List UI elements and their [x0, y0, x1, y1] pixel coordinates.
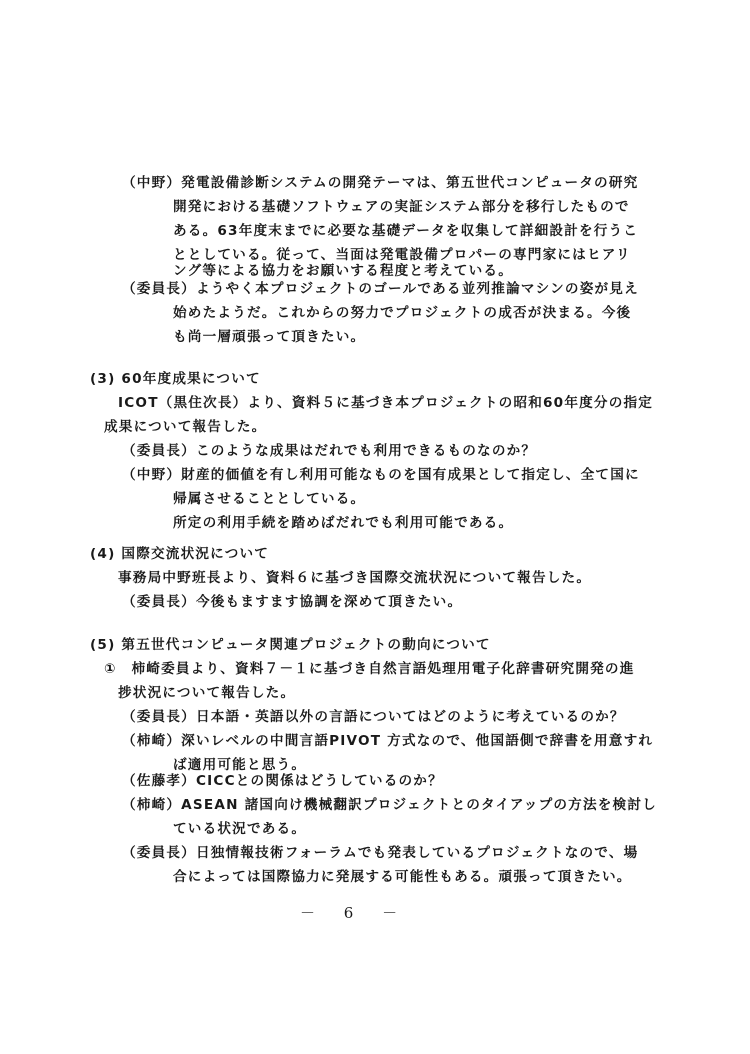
- section-heading-3: (3) 60年度成果について: [90, 370, 261, 388]
- text-line: ある。63年度末までに必要な基礎データを収集して詳細設計を行うこ: [173, 222, 638, 240]
- text-line: 捗状況について報告した。: [118, 684, 295, 702]
- text-line: 始めたようだ。これからの努力でプロジェクトの成否が決まる。今後: [173, 304, 631, 322]
- text-line: ている状況である。: [173, 820, 306, 838]
- text-line: （中野）発電設備診断システムの開発テーマは、第五世代コンピュータの研究: [122, 174, 638, 192]
- section-heading-5: (5) 第五世代コンピュータ関連プロジェクトの動向について: [90, 636, 491, 654]
- text-line: （委員長）今後もますます協調を深めて頂きたい。: [122, 593, 462, 611]
- document-page: （中野）発電設備診断システムの開発テーマは、第五世代コンピュータの研究 開発にお…: [0, 0, 750, 1054]
- text-line: （委員長）日独情報技術フォーラムでも発表しているプロジェクトなので、場: [122, 844, 638, 862]
- text-line: （中野）財産的価値を有し利用可能なものを国有成果として指定し、全て国に: [122, 466, 640, 484]
- text-line: ング等による協力をお願いする程度と考えている。: [173, 262, 513, 280]
- text-line: （委員長）このような成果はだれでも利用できるものなのか？: [122, 442, 536, 460]
- text-line: 所定の利用手続を踏めばだれでも利用可能である。: [173, 514, 513, 532]
- text-line: （柿崎）ASEAN 諸国向け機械翻訳プロジェクトとのタイアップの方法を検討し: [122, 796, 657, 814]
- text-line: ICOT（黒住次長）より、資料５に基づき本プロジェクトの昭和60年度分の指定: [118, 394, 653, 412]
- text-line: 開発における基礎ソフトウェアの実証システム部分を移行したもので: [173, 198, 630, 216]
- section-heading-4: (4) 国際交流状況について: [90, 545, 269, 563]
- text-line: 事務局中野班長より、資料６に基づき国際交流状況について報告した。: [118, 569, 591, 587]
- text-line: 帰属させることとしている。: [173, 490, 365, 508]
- text-line: ① 柿崎委員より、資料７－１に基づき自然言語処理用電子化辞書研究開発の進: [104, 660, 635, 678]
- text-line: 合によっては国際協力に発展する可能性もある。頑張って頂きたい。: [173, 868, 632, 886]
- text-line: も尚一層頑張って頂きたい。: [173, 328, 365, 346]
- page-number: － 6 －: [300, 902, 409, 923]
- text-line: （委員長）日本語・英語以外の言語についてはどのように考えているのか？: [122, 708, 625, 726]
- text-line: （委員長）ようやく本プロジェクトのゴールである並列推論マシンの姿が見え: [122, 280, 639, 298]
- text-line: （柿崎）深いレベルの中間言語PIVOT 方式なので、他国語側で辞書を用意すれ: [122, 732, 653, 750]
- text-line: 成果について報告した。: [104, 418, 266, 436]
- text-line: （佐藤孝）CICCとの関係はどうしているのか？: [122, 772, 443, 790]
